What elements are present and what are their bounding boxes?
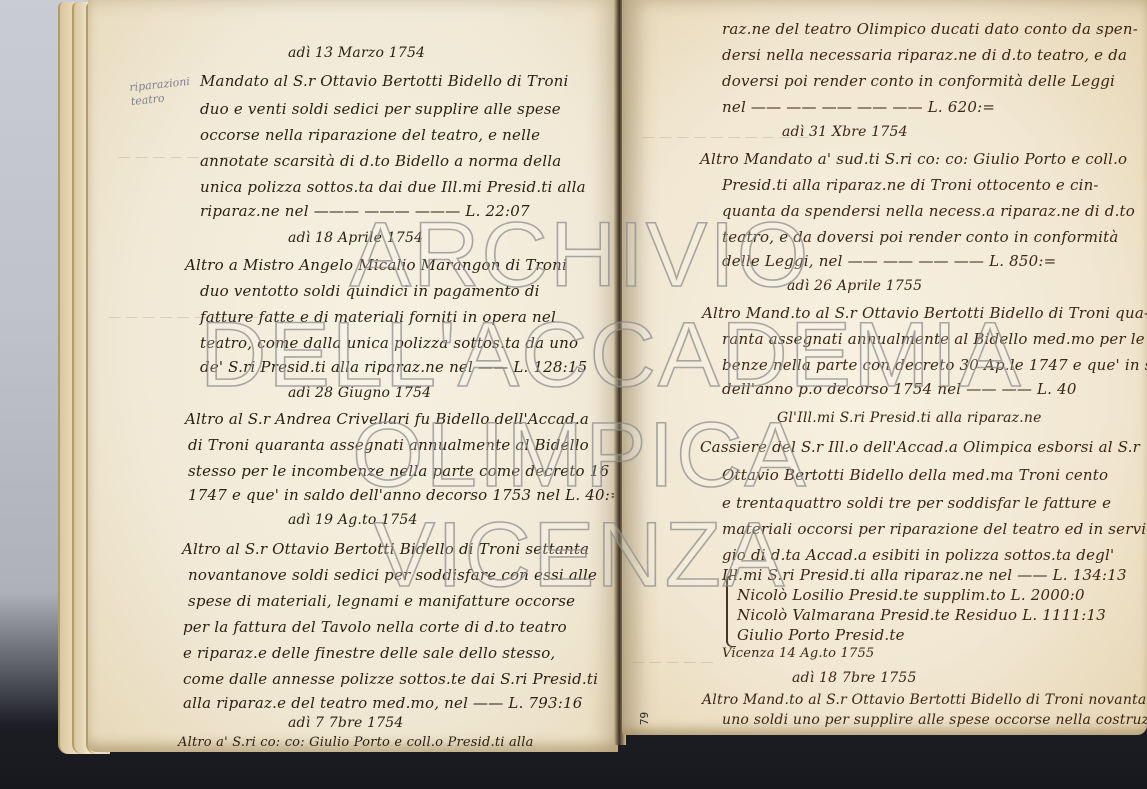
ledger-line: Cassiere del S.r Ill.o dell'Accad.a Olim… xyxy=(700,438,1140,456)
ledger-line: stesso per le incombenze nella parte com… xyxy=(188,462,618,480)
ledger-line: raz.ne del teatro Olimpico ducati dato c… xyxy=(722,20,1138,38)
ledger-line: Ottavio Bertotti Bidello della med.ma Tr… xyxy=(722,466,1108,484)
folio-number: 79 xyxy=(638,712,651,725)
ledger-line: per la fattura del Tavolo nella corte di… xyxy=(183,618,567,636)
ledger-date: adì 18 Aprile 1754 xyxy=(288,230,423,246)
ledger-line: unica polizza sottos.ta dai due Ill.mi P… xyxy=(200,178,586,196)
left-page: — — — — — — — — — — — — — — — — riparazi… xyxy=(88,0,618,752)
ledger-date: adì 18 7bre 1755 xyxy=(792,670,917,686)
ledger-line: riparaz.ne nel ——— ——— ——— L. 22:07 xyxy=(200,202,530,220)
ledger-line: Mandato al S.r Ottavio Bertotti Bidello … xyxy=(200,72,569,90)
ledger-line: alla riparaz.e del teatro med.mo, nel ——… xyxy=(183,694,582,712)
ledger-line: quanta da spendersi nella necess.a ripar… xyxy=(722,202,1135,220)
ledger-line: Vicenza 14 Ag.to 1755 xyxy=(722,646,874,661)
ledger-date: adì 7 7bre 1754 xyxy=(288,715,404,731)
ledger-line: Altro a Mistro Angelo Micalio Marangon d… xyxy=(185,256,567,274)
ledger-line: Altro a' S.ri co: co: Giulio Porto e col… xyxy=(178,735,534,750)
ledger-line: Altro al S.r Andrea Crivellari fu Bidell… xyxy=(185,410,589,428)
ledger-line: nel —— —— —— —— —— L. 620:= xyxy=(722,98,995,116)
ledger-line: occorse nella riparazione del teatro, e … xyxy=(200,126,540,144)
ledger-line: Altro al S.r Ottavio Bertotti Bidello di… xyxy=(182,540,589,558)
ledger-line: novantanove soldi sedici per soddisfare … xyxy=(188,566,597,584)
ledger-line: benze nella parte con decreto 30 Ap.le 1… xyxy=(722,356,1147,374)
signature-line: Nicolò Valmarana Presid.te Residuo L. 11… xyxy=(737,606,1106,624)
ledger-date: adì 13 Marzo 1754 xyxy=(288,45,425,61)
ledger-line: e riparaz.e delle finestre delle sale de… xyxy=(183,644,555,662)
ledger-line: teatro, come dalla unica polizza sottos.… xyxy=(200,334,578,352)
ledger-date: adì 28 Giugno 1754 xyxy=(288,385,431,401)
ledger-line: gio di d.ta Accad.a esibiti in polizza s… xyxy=(722,546,1114,564)
ledger-line: spese di materiali, legnami e manifattur… xyxy=(188,592,575,610)
ledger-line: Altro Mand.to al S.r Ottavio Bertotti Bi… xyxy=(702,304,1147,322)
ledger-line: come dalle annesse polizze sottos.te dai… xyxy=(183,670,598,688)
ledger-line: doversi poi render conto in conformità d… xyxy=(722,72,1115,90)
ledger-line: Altro Mandato a' sud.ti S.ri co: co: Giu… xyxy=(700,150,1127,168)
ledger-line: di Troni quaranta assegnati annualmente … xyxy=(188,436,589,454)
ledger-line: fatture fatte e di materiali forniti in … xyxy=(200,308,556,326)
ledger-line: materiali occorsi per riparazione del te… xyxy=(722,520,1147,538)
signature-line: Giulio Porto Presid.te xyxy=(737,626,905,644)
ledger-line: annotate scarsità di d.to Bidello a norm… xyxy=(200,152,561,170)
ledger-line: duo ventotto soldi quindici in pagamento… xyxy=(200,282,540,300)
ledger-line: delle Leggi, nel —— —— —— —— L. 850:= xyxy=(722,252,1056,270)
ledger-line: ranta assegnati annualmente al Bidello m… xyxy=(722,330,1147,348)
bleed-through-text: — — — — — xyxy=(632,655,714,670)
ledger-line: dersi nella necessaria riparaz.ne di d.t… xyxy=(722,46,1127,64)
ledger-line: de' S.ri Presid.ti alla riparaz.ne nel —… xyxy=(200,358,587,376)
ledger-line: uno soldi uno per supplire alle spese oc… xyxy=(722,712,1147,728)
ledger-line: Ill.mi S.ri Presid.ti alla riparaz.ne ne… xyxy=(722,566,1127,584)
ledger-line: Altro Mand.to al S.r Ottavio Bertotti Bi… xyxy=(702,692,1146,708)
ledger-line: Presid.ti alla riparaz.ne di Troni ottoc… xyxy=(722,176,1099,194)
margin-note: riparazioni teatro xyxy=(129,75,192,109)
ledger-date: adì 26 Aprile 1755 xyxy=(787,278,922,294)
signature-bracket xyxy=(726,575,736,647)
ledger-line: 1747 e que' in saldo dell'anno decorso 1… xyxy=(188,486,618,504)
ledger-line: teatro, e da doversi poi render conto in… xyxy=(722,228,1119,246)
ledger-line: dell'anno p.o decorso 1754 nel —— —— L. … xyxy=(722,380,1077,398)
ledger-date: adì 31 Xbre 1754 xyxy=(782,124,908,140)
ledger-heading: Gl'Ill.mi S.ri Presid.ti alla riparaz.ne xyxy=(777,410,1042,426)
ledger-date: adì 19 Ag.to 1754 xyxy=(288,512,418,528)
right-page: — — — — — — — — — — — — — — — raz.ne del… xyxy=(622,0,1147,735)
ledger-line: e trentaquattro soldi tre per soddisfar … xyxy=(722,494,1111,512)
signature-line: Nicolò Losilio Presid.te supplim.to L. 2… xyxy=(737,586,1085,604)
ledger-line: duo e venti soldi sedici per supplire al… xyxy=(200,100,561,118)
